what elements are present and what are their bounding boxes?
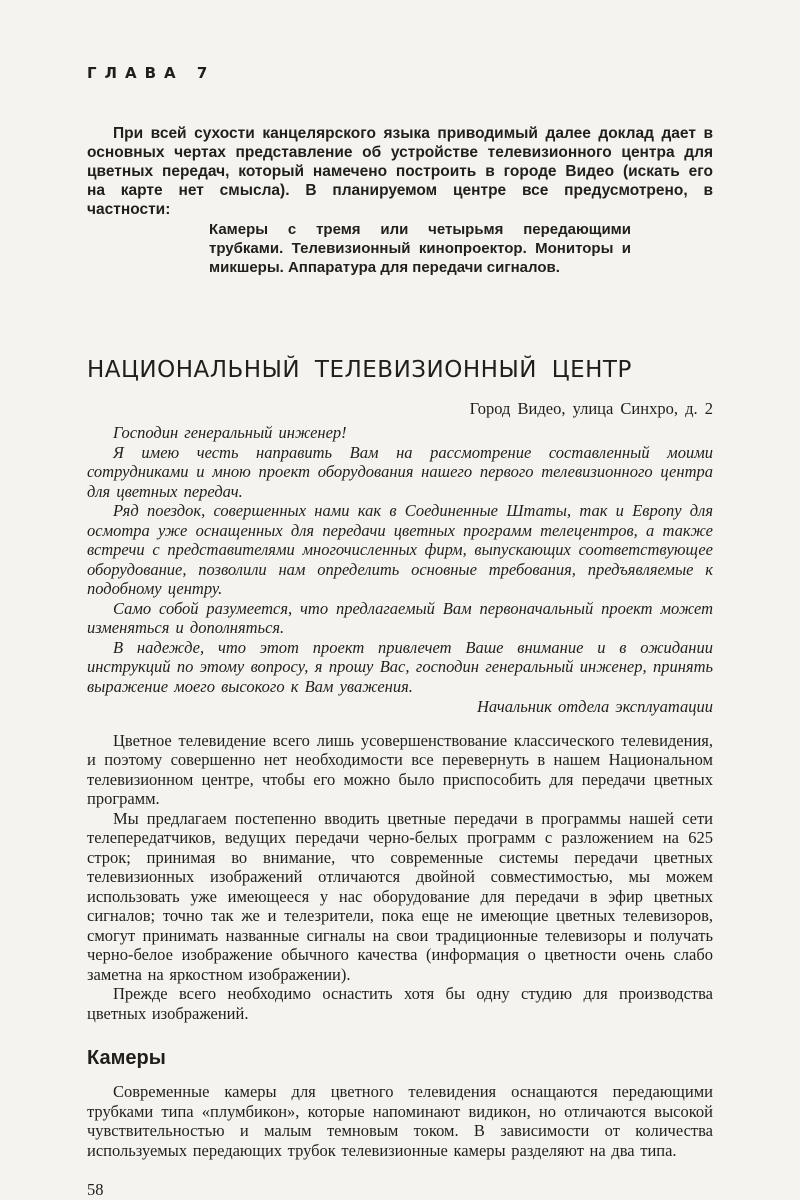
cameras-paragraph: Современные камеры для цветного телевиде… bbox=[87, 1082, 713, 1160]
letter-paragraph: Я имею честь направить Вам на рассмотрен… bbox=[87, 443, 713, 502]
letter-body: Господин генеральный инженер! Я имею чес… bbox=[87, 423, 713, 717]
equipment-list: Камеры с тремя или четырьмя передающими … bbox=[209, 220, 631, 277]
letter-address: Город Видео, улица Синхро, д. 2 bbox=[87, 399, 713, 419]
body-paragraph: Прежде всего необходимо оснастить хотя б… bbox=[87, 984, 713, 1023]
cameras-heading: Камеры bbox=[87, 1047, 713, 1070]
letter-signature: Начальник отдела эксплуатации bbox=[87, 697, 713, 717]
body-paragraph: Цветное телевидение всего лишь усовершен… bbox=[87, 731, 713, 809]
letter-salutation: Господин генеральный инженер! bbox=[87, 423, 713, 443]
letter-paragraph: В надежде, что этот проект привлечет Ваш… bbox=[87, 638, 713, 697]
body-paragraph: Мы предлагаем постепенно вводить цветные… bbox=[87, 809, 713, 985]
book-page: ГЛАВА 7 При всей сухости канцелярского я… bbox=[0, 0, 800, 1200]
letter-paragraph: Ряд поездок, совершенных нами как в Соед… bbox=[87, 501, 713, 599]
article-body: Цветное телевидение всего лишь усовершен… bbox=[87, 731, 713, 1024]
section-heading: НАЦИОНАЛЬНЫЙ ТЕЛЕВИЗИОННЫЙ ЦЕНТР bbox=[87, 357, 713, 383]
chapter-heading: ГЛАВА 7 bbox=[87, 64, 713, 82]
intro-paragraph: При всей сухости канцелярского языка при… bbox=[87, 124, 713, 219]
letter-paragraph: Само собой разумеется, что предлагаемый … bbox=[87, 599, 713, 638]
page-number: 58 bbox=[87, 1180, 713, 1200]
